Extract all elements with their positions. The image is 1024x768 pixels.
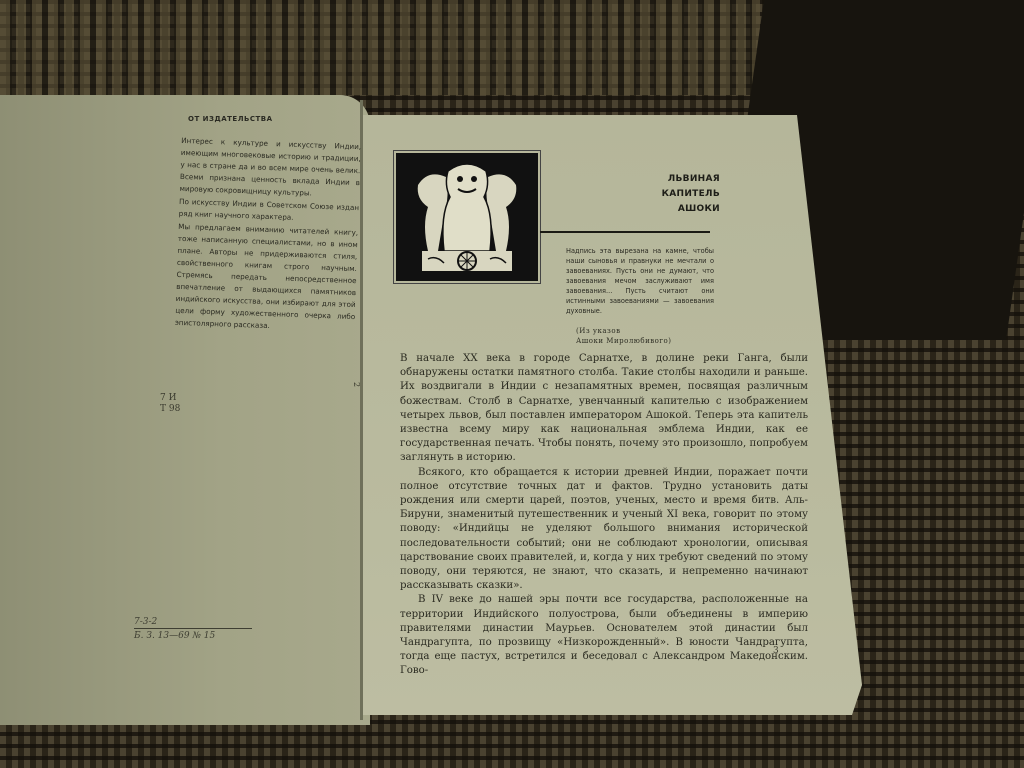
lion-capital-emblem-icon [396,153,538,281]
right-page-number: 3 [773,646,779,656]
udc-line: Т 98 [160,404,180,415]
print-code: 7-3-2 Б. З. 13—69 № 15 [134,617,252,641]
chapter-body: В начале XX века в городе Сарнатхе, в до… [400,352,808,679]
udc-code: 7 И Т 98 [160,393,180,415]
publisher-note-paragraph: Интерес к культуре и искусству Индии, им… [179,135,361,201]
body-paragraph: В начале XX века в городе Сарнатхе, в до… [400,352,808,466]
body-paragraph: Всякого, кто обращается к истории древне… [400,466,808,594]
carpet-pattern-band [0,0,760,95]
publisher-note-text: Интерес к культуре и искусству Индии, им… [175,135,362,336]
print-code-bottom: Б. З. 13—69 № 15 [134,631,252,641]
udc-line: 7 И [160,393,180,404]
chapter-title: ЛЬВИНАЯ КАПИТЕЛЬ АШОКИ [640,172,720,217]
left-page-number: 2 [352,382,361,387]
epigraph-source: (Из указов Ашоки Миролюбивого) [576,326,716,346]
lion-capital-illustration [398,155,536,279]
publisher-note-header: ОТ ИЗДАТЕЛЬСТВА [188,115,273,123]
book-spine [360,100,363,720]
print-code-rule [134,628,252,629]
chapter-title-line: КАПИТЕЛЬ [640,187,720,202]
chapter-title-line: ЛЬВИНАЯ [640,172,720,187]
epigraph-source-line: Ашоки Миролюбивого) [576,336,716,346]
title-divider [540,231,710,233]
publisher-note-paragraph: Мы предлагаем вниманию читателей книгу, … [175,221,359,335]
epigraph-source-line: (Из указов [576,326,716,336]
epigraph-quote: Надпись эта вырезана на камне, чтобы наш… [566,246,714,316]
chapter-title-line: АШОКИ [640,202,720,217]
body-paragraph: В IV веке до нашей эры почти все государ… [400,593,808,678]
print-code-top: 7-3-2 [134,617,252,627]
